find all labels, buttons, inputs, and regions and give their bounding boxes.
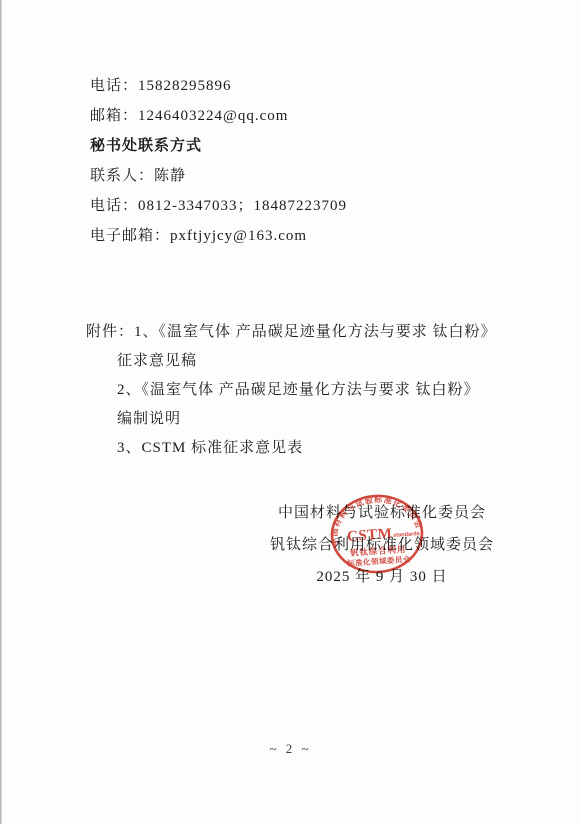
secretariat-email-line: 电子邮箱：pxftjyjcy@163.com	[90, 221, 347, 251]
scan-page-edge	[0, 0, 2, 824]
attachment-2-title: 2、《温室气体 产品碳足迹量化方法与要求 钛白粉》	[117, 376, 497, 405]
secretariat-contact-heading: 秘书处联系方式	[90, 131, 347, 161]
issue-date: 2025 年 9 月 30 日	[242, 561, 522, 593]
attachment-2-subtitle: 编制说明	[117, 405, 497, 434]
phone-line: 电话：15828295896	[90, 71, 347, 101]
attachment-1-title: 1、《温室气体 产品碳足迹量化方法与要求 钛白粉》	[134, 324, 497, 340]
contact-block: 电话：15828295896 邮箱：1246403224@qq.com 秘书处联…	[90, 71, 347, 251]
signature-block: 中国材料与试验标准化委员会 钒钛综合利用标准化领域委员会 2025 年 9 月 …	[242, 497, 522, 593]
attachment-3-title: 3、CSTM 标准征求意见表	[117, 434, 497, 463]
secretariat-phone-line: 电话：0812-3347033；18487223709	[90, 191, 347, 221]
page-number: ~ 2 ~	[0, 741, 581, 757]
attachment-item: 附件：1、《温室气体 产品碳足迹量化方法与要求 钛白粉》	[86, 318, 497, 347]
attachments-block: 附件：1、《温室气体 产品碳足迹量化方法与要求 钛白粉》 征求意见稿 2、《温室…	[86, 318, 497, 463]
document-page: 电话：15828295896 邮箱：1246403224@qq.com 秘书处联…	[0, 0, 581, 824]
email-line: 邮箱：1246403224@qq.com	[90, 101, 347, 131]
issuing-org-line1: 中国材料与试验标准化委员会	[242, 497, 522, 529]
attachment-1-subtitle: 征求意见稿	[117, 347, 497, 376]
attachments-label: 附件：	[86, 324, 134, 340]
contact-person-line: 联系人：陈静	[90, 161, 347, 191]
issuing-org-line2: 钒钛综合利用标准化领域委员会	[242, 529, 522, 561]
